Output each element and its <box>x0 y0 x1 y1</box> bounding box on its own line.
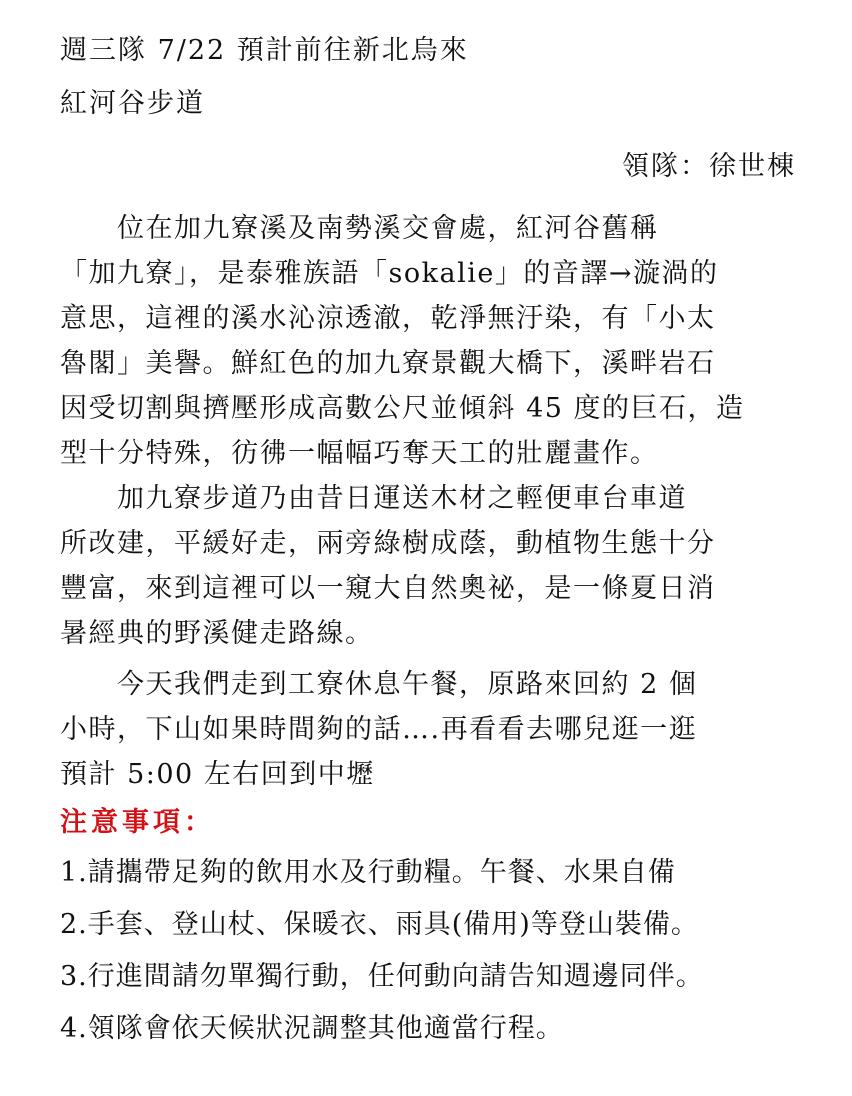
notice-item: 3.行進間請勿單獨行動，任何動向請告知週邊同伴。 <box>60 960 704 994</box>
paragraph-line: 位在加九寮溪及南勢溪交會處，紅河谷舊稱 <box>60 212 659 246</box>
paragraph-line: 因受切割與擠壓形成高數公尺並傾斜 45 度的巨石，造 <box>60 392 745 426</box>
notice-heading: 注意事項： <box>60 806 215 840</box>
document-page: 週三隊 7/22 預計前往新北烏來 紅河谷步道 領隊：徐世棟 位在加九寮溪及南勢… <box>0 0 852 1096</box>
paragraph-line: 加九寮步道乃由昔日運送木材之輕便車台車道 <box>60 482 687 516</box>
paragraph-line: 型十分特殊，彷彿一幅幅巧奪天工的壯麗畫作。 <box>60 437 659 471</box>
paragraph-line: 「加九寮」，是泰雅族語「sokalie」的音譯→漩渦的 <box>60 257 718 291</box>
paragraph-line: 所改建，平緩好走，兩旁綠樹成蔭，動植物生態十分 <box>60 527 716 561</box>
notice-item: 4.領隊會依天候狀況調整其他適當行程。 <box>60 1012 564 1046</box>
paragraph-line: 意思，這裡的溪水沁涼透澈，乾淨無汙染，有「小太 <box>60 302 716 336</box>
paragraph-line: 暑經典的野溪健走路線。 <box>60 617 374 651</box>
notice-item: 2.手套、登山杖、保暖衣、雨具(備用)等登山裝備。 <box>60 908 699 942</box>
paragraph-line: 魯閣」美譽。鮮紅色的加九寮景觀大橋下，溪畔岩石 <box>60 347 716 381</box>
title-line-2: 紅河谷步道 <box>60 87 205 121</box>
paragraph-line: 小時，下山如果時間夠的話….再看看去哪兒逛一逛 <box>60 713 697 747</box>
leader-name: 領隊：徐世棟 <box>622 150 796 184</box>
title-line-1: 週三隊 7/22 預計前往新北烏來 <box>60 34 469 68</box>
notice-item: 1.請攜帶足夠的飲用水及行動糧。午餐、水果自備 <box>60 856 676 890</box>
paragraph-line: 預計 5:00 左右回到中壢 <box>60 758 375 792</box>
paragraph-line: 豐富，來到這裡可以一窺大自然奧祕，是一條夏日消 <box>60 572 716 606</box>
paragraph-line: 今天我們走到工寮休息午餐，原路來回約 2 個 <box>60 668 697 702</box>
